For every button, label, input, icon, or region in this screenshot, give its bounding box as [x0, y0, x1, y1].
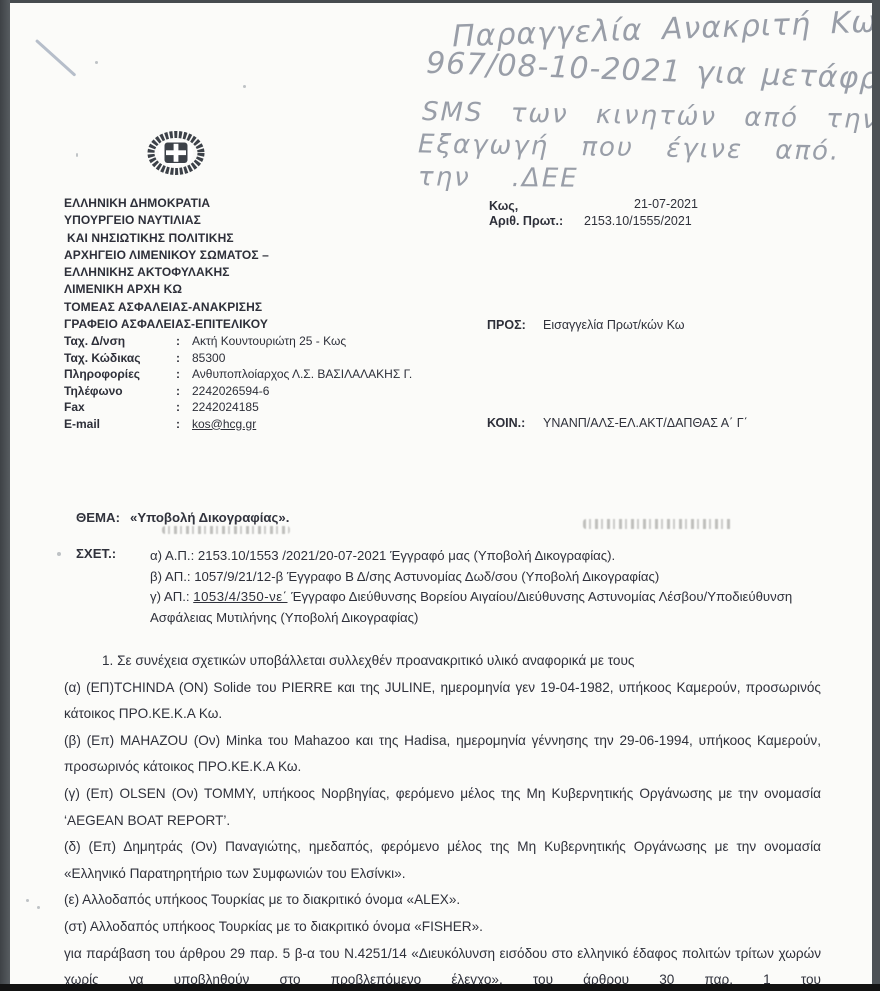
scan-speck: [76, 153, 78, 157]
body-paragraph-person-c: (γ) (Επ) OLSEN (Ον) TOMMY, υπήκοος Νορβη…: [64, 781, 821, 834]
letterhead-line: ΓΡΑΦΕΙΟ ΑΣΦΑΛΕΙΑΣ-ΕΠΙΤΕΛΙΚΟΥ: [64, 316, 269, 333]
contact-value: 85300: [192, 350, 225, 367]
scan-edge-right: [872, 0, 880, 991]
contact-label: Τηλέφωνο: [64, 383, 176, 400]
scan-edge-left: [0, 0, 10, 991]
scan-edge-top: [0, 0, 880, 3]
handwritten-note-line: SMS των κινητών από την: [422, 97, 879, 135]
references-label: ΣΧΕΤ.:: [76, 546, 116, 561]
scan-speck: [95, 61, 98, 64]
contact-colon: :: [176, 399, 192, 416]
recipient-label: ΠΡΟΣ:: [487, 318, 526, 332]
letterhead-line: ΛΙΜΕΝΙΚΗ ΑΡΧΗ ΚΩ: [64, 281, 269, 298]
contact-colon: :: [176, 383, 192, 400]
cc-value: ΥΝΑΝΠ/ΑΛΣ-ΕΛ.ΑΚΤ/ΔΑΠΘΑΣ Α΄ Γ΄: [543, 416, 748, 430]
pen-scratch-mark: [35, 39, 76, 77]
contact-label: Ταχ. Κώδικας: [64, 350, 176, 367]
letterhead-line: ΕΛΛΗΝΙΚΗΣ ΑΚΤΟΦΥΛΑΚΗΣ: [64, 264, 269, 281]
body-paragraph-person-a: (α) (ΕΠ)TCHINDA (ON) Solide του PIERRE κ…: [64, 675, 821, 728]
handwritten-note-line: την .ΔΕΕ: [418, 162, 579, 193]
body-paragraph-person-d: (δ) (Επ) Δημητράς (Ον) Παναγιώτης, ημεδα…: [64, 834, 821, 887]
contact-row: Πληροφορίες : Ανθυποπλοίαρχος Λ.Σ. ΒΑΣΙΛ…: [64, 366, 412, 383]
contact-label: Πληροφορίες: [64, 366, 176, 383]
reference-item-c: γ) ΑΠ.: 1053/4/350-νε΄ Έγγραφο Διεύθυνση…: [150, 587, 805, 628]
letterhead: ΕΛΛΗΝΙΚΗ ΔΗΜΟΚΡΑΤΙΑ ΥΠΟΥΡΓΕΙΟ ΝΑΥΤΙΛΙΑΣ …: [64, 195, 269, 333]
letterhead-line: ΑΡΧΗΓΕΙΟ ΛΙΜΕΝΙΚΟΥ ΣΩΜΑΤΟΣ –: [64, 247, 269, 264]
contact-block: Ταχ. Δ/νση : Ακτή Κουντουριώτη 25 - Κως …: [64, 333, 412, 432]
recipient-value: Εισαγγελία Πρωτ/κών Κω: [543, 318, 685, 332]
handwritten-note-line: Παραγγελία Ανακριτή Κω: [452, 5, 878, 55]
letterhead-line: ΕΛΛΗΝΙΚΗ ΔΗΜΟΚΡΑΤΙΑ: [64, 195, 269, 212]
contact-value: 2242024185: [192, 399, 259, 416]
contact-colon: :: [176, 416, 192, 433]
contact-value: Ακτή Κουντουριώτη 25 - Κως: [192, 333, 346, 350]
place-label: Κως,: [489, 199, 518, 213]
reference-item-c-number: 1053/4/350-νε΄: [193, 589, 287, 604]
protocol-number-label: Αριθ. Πρωτ.:: [489, 214, 563, 228]
letterhead-line: ΤΟΜΕΑΣ ΑΣΦΑΛΕΙΑΣ-ΑΝΑΚΡΙΣΗΣ: [64, 299, 269, 316]
protocol-number-value: 2153.10/1555/2021: [584, 214, 692, 228]
reference-item-b: β) ΑΠ.: 1057/9/21/12-β Έγγραφο Β Δ/σης Α…: [150, 567, 805, 588]
contact-label: Ταχ. Δ/νση: [64, 333, 176, 350]
cc-label: ΚΟΙΝ.:: [487, 416, 525, 430]
scan-speck: [57, 552, 61, 556]
scanned-document-page: Παραγγελία Ανακριτή Κω 967/08-10-2021 γι…: [0, 0, 880, 991]
references-list: α) Α.Π.: 2153.10/1553 /2021/20-07-2021 Έ…: [150, 546, 805, 628]
letterhead-line: ΥΠΟΥΡΓΕΙΟ ΝΑΥΤΙΛΙΑΣ: [64, 212, 269, 229]
contact-row: Ταχ. Κώδικας : 85300: [64, 350, 412, 367]
handwritten-note-line: 967/08-10-2021 για μετάφρα: [426, 46, 880, 98]
scan-speck: [243, 85, 246, 88]
contact-colon: :: [176, 333, 192, 350]
erased-text-smudge: [162, 526, 290, 534]
email-address: kos@hcg.gr: [192, 416, 256, 433]
contact-row: Ταχ. Δ/νση : Ακτή Κουντουριώτη 25 - Κως: [64, 333, 412, 350]
scan-edge-bottom: [0, 984, 880, 991]
handwritten-note-line: Εξαγωγή που έγινε από.: [418, 129, 841, 166]
contact-value: Ανθυποπλοίαρχος Λ.Σ. ΒΑΣΙΛΑΛΑΚΗΣ Γ.: [192, 366, 412, 383]
document-date: 21-07-2021: [634, 197, 698, 211]
subject-text: «Υποβολή Δικογραφίας».: [130, 510, 289, 525]
document-body: 1. Σε συνέχεια σχετικών υποβάλλεται συλλ…: [64, 648, 821, 991]
contact-label: E-mail: [64, 416, 176, 433]
reference-item-c-prefix: γ) ΑΠ.:: [150, 589, 193, 604]
subject-label: ΘΕΜΑ:: [76, 510, 120, 525]
body-paragraph-person-e: (ε) Αλλοδαπός υπήκοος Τουρκίας με το δια…: [64, 887, 821, 914]
contact-label: Fax: [64, 399, 176, 416]
reference-item-a: α) Α.Π.: 2153.10/1553 /2021/20-07-2021 Έ…: [150, 546, 805, 567]
contact-colon: :: [176, 350, 192, 367]
scan-speck: [26, 899, 29, 902]
contact-colon: :: [176, 366, 192, 383]
letterhead-line: ΚΑΙ ΝΗΣΙΩΤΙΚΗΣ ΠΟΛΙΤΙΚΗΣ: [64, 230, 269, 247]
contact-row: Fax : 2242024185: [64, 399, 412, 416]
contact-value: 2242026594-6: [192, 383, 269, 400]
contact-row: E-mail : kos@hcg.gr: [64, 416, 412, 433]
body-paragraph-intro: 1. Σε συνέχεια σχετικών υποβάλλεται συλλ…: [64, 648, 821, 675]
body-paragraph-person-st: (στ) Αλλοδαπός υπήκοος Τουρκίας με το δι…: [64, 914, 821, 941]
erased-text-smudge: [583, 519, 733, 529]
greek-national-emblem-icon: [147, 129, 205, 184]
scan-speck: [37, 906, 40, 909]
body-paragraph-person-b: (β) (Επ) MAHAZOU (Ον) Minka του Mahazoo …: [64, 728, 821, 781]
contact-row: Τηλέφωνο : 2242026594-6: [64, 383, 412, 400]
